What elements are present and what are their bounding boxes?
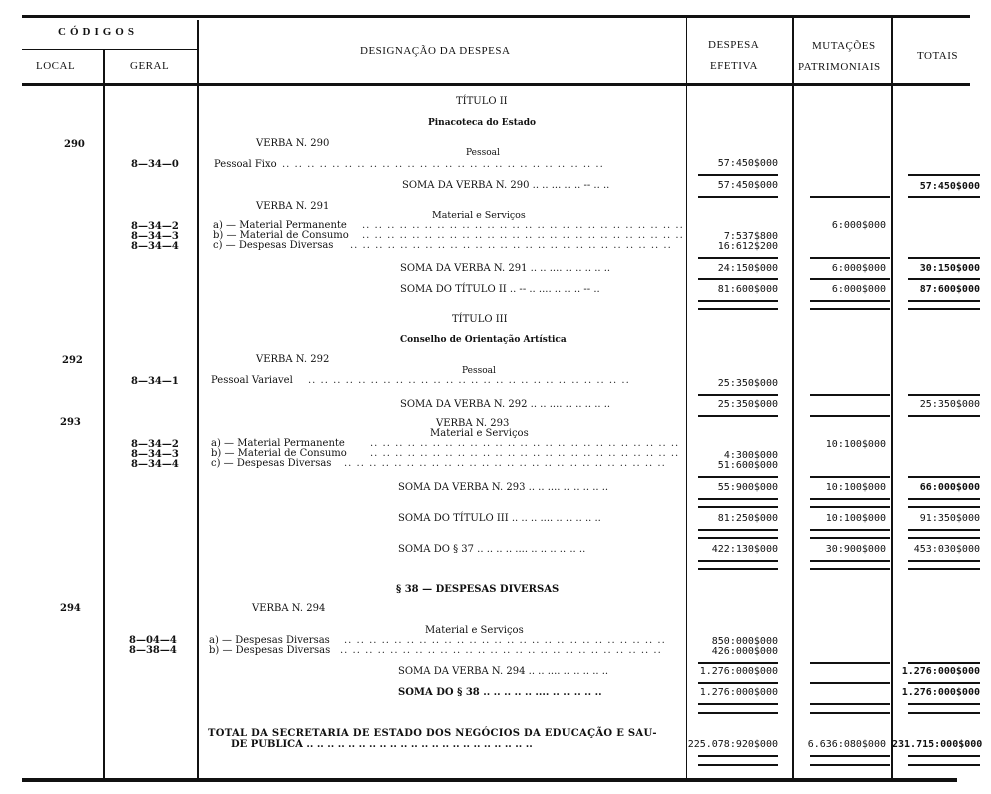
- total-mutacoes: 6.636:080$000: [796, 739, 886, 750]
- item-label: Pessoal Variavel: [211, 375, 293, 386]
- leader-dots: .. .. .. .. .. .. .. .. .. .. .. .. .. .…: [350, 240, 682, 251]
- verba-290-group: Pessoal: [466, 148, 500, 158]
- soma-verba-291-efetiva: 24:150$000: [690, 263, 778, 274]
- soma-titulo-3-mutacoes: 10:100$000: [796, 513, 886, 524]
- codigos-divider: [22, 49, 198, 50]
- soma-titulo-2-mutacoes: 6:000$000: [796, 284, 886, 295]
- header-designacao: DESIGNAÇÃO DA DESPESA: [360, 45, 510, 57]
- soma-verba-293-mutacoes: 10:100$000: [796, 482, 886, 493]
- soma-verba-294-efetiva: 1.276:000$000: [690, 666, 778, 677]
- efetiva-value: 51:600$000: [690, 460, 778, 471]
- efetiva-mutacoes-divider: [792, 18, 794, 778]
- efetiva-value: 16:612$200: [690, 241, 778, 252]
- soma-titulo-2-total: 87:600$000: [894, 284, 980, 295]
- titulo-3-subtitle: Conselho de Orientação Artística: [400, 335, 567, 345]
- efetiva-value: 426:000$000: [690, 646, 778, 657]
- total-label-line-1: TOTAL DA SECRETARIA DE ESTADO DOS NEGÓCI…: [208, 728, 657, 739]
- titulo-2-subtitle: Pinacoteca do Estado: [428, 118, 536, 128]
- soma-verba-290-efetiva: 57:450$000: [690, 180, 778, 191]
- local-code-294: 294: [60, 603, 81, 614]
- local-code-293: 293: [60, 417, 81, 428]
- item-label: Pessoal Fixo: [214, 159, 277, 170]
- soma-titulo-3-efetiva: 81:250$000: [690, 513, 778, 524]
- titulo-3-heading: TÍTULO III: [452, 314, 508, 325]
- soma-par38-label: SOMA DO § 38 .. .. .. .. .. .... .. .. .…: [398, 687, 602, 698]
- item-label: b) — Despesas Diversas: [209, 645, 330, 656]
- leader-dots: .. .. .. .. .. .. .. .. .. .. .. .. .. .…: [344, 458, 682, 469]
- soma-par37-efetiva: 422:130$000: [690, 544, 778, 555]
- local-code-290: 290: [64, 139, 85, 150]
- soma-titulo-3-total: 91:350$000: [894, 513, 980, 524]
- mutacoes-value: 10:100$000: [796, 439, 886, 450]
- soma-verba-290-total: 57:450$000: [894, 181, 980, 192]
- header-despesa-efetiva-2: EFETIVA: [710, 60, 758, 72]
- local-geral-divider: [103, 50, 105, 778]
- mutacoes-totais-divider: [891, 18, 893, 778]
- soma-verba-293-label: SOMA DA VERBA N. 293 .. .. .... .. .. ..…: [398, 482, 608, 493]
- efetiva-value: 25:350$000: [690, 378, 778, 389]
- item-label: c) — Despesas Diversas: [213, 240, 333, 251]
- soma-titulo-2-label: SOMA DO TÍTULO II .. -- .. .... .. .. ..…: [400, 284, 600, 295]
- verba-294-heading: VERBA N. 294: [252, 603, 325, 614]
- soma-verba-293-total: 66:000$000: [894, 482, 980, 493]
- header-geral: GERAL: [130, 60, 169, 72]
- geral-code: 8—34—4: [131, 241, 179, 252]
- verba-291-heading: VERBA N. 291: [256, 201, 329, 212]
- geral-code: 8—34—1: [131, 376, 179, 387]
- header-despesa-efetiva-1: DESPESA: [708, 39, 759, 51]
- header-local: LOCAL: [36, 60, 75, 72]
- mutacoes-value: 6:000$000: [796, 220, 886, 231]
- efetiva-value: 57:450$000: [690, 158, 778, 169]
- par38-heading: § 38 — DESPESAS DIVERSAS: [396, 584, 559, 595]
- geral-code: 8—34—0: [131, 159, 179, 170]
- soma-verba-292-efetiva: 25:350$000: [690, 399, 778, 410]
- verba-290-heading: VERBA N. 290: [256, 138, 329, 149]
- total-label-line-2: DE PÚBLICA .. .. .. .. .. .. .. .. .. ..…: [231, 739, 683, 750]
- leader-dots: .. .. .. .. .. .. .. .. .. .. .. .. .. .…: [282, 159, 682, 170]
- soma-titulo-2-efetiva: 81:600$000: [690, 284, 778, 295]
- header-bottom-border: [22, 83, 970, 86]
- leader-dots: .. .. .. .. .. .. .. .. .. .. .. .. .. .…: [340, 645, 682, 656]
- local-code-292: 292: [62, 355, 83, 366]
- designacao-efetiva-divider: [686, 18, 687, 778]
- soma-verba-291-mutacoes: 6:000$000: [796, 263, 886, 274]
- soma-par37-mutacoes: 30:900$000: [796, 544, 886, 555]
- soma-par37-total: 453:030$000: [894, 544, 980, 555]
- geral-code: 8—34—4: [131, 459, 179, 470]
- soma-par38-total: 1.276:000$000: [894, 687, 980, 698]
- soma-verba-294-label: SOMA DA VERBA N. 294 .. .. .... .. .. ..…: [398, 666, 608, 677]
- bottom-border: [22, 778, 957, 782]
- soma-verba-290-label: SOMA DA VERBA N. 290 .. .. ... .. .. -- …: [402, 180, 609, 191]
- leader-dots: .. .. .. .. .. .. .. .. .. .. .. .. .. .…: [308, 375, 682, 386]
- item-label: c) — Despesas Diversas: [211, 458, 331, 469]
- soma-verba-294-total: 1.276:000$000: [894, 666, 980, 677]
- header-codigos: CÓDIGOS: [58, 26, 138, 38]
- soma-verba-292-label: SOMA DA VERBA N. 292 .. .. .... .. .. ..…: [400, 399, 610, 410]
- soma-verba-292-total: 25:350$000: [894, 399, 980, 410]
- header-mutacoes-2: PATRIMONIAIS: [798, 61, 881, 73]
- header-totais: TOTAIS: [917, 50, 958, 62]
- titulo-2-heading: TÍTULO II: [456, 96, 508, 107]
- soma-verba-291-label: SOMA DA VERBA N. 291 .. .. .... .. .. ..…: [400, 263, 610, 274]
- soma-titulo-3-label: SOMA DO TÍTULO III .. .. .. .... .. .. .…: [398, 513, 601, 524]
- header-mutacoes-1: MUTAÇÕES: [812, 40, 876, 52]
- top-border: [22, 15, 970, 18]
- total-totais: 231.715:000$000: [892, 739, 982, 750]
- soma-par38-efetiva: 1.276:000$000: [690, 687, 778, 698]
- total-efetiva: 225.078:920$000: [686, 739, 778, 750]
- verba-292-heading: VERBA N. 292: [256, 354, 329, 365]
- geral-code: 8—38—4: [129, 645, 177, 656]
- soma-verba-291-total: 30:150$000: [894, 263, 980, 274]
- soma-verba-293-efetiva: 55:900$000: [690, 482, 778, 493]
- soma-par37-label: SOMA DO § 37 .. .. .. .. .... .. .. .. .…: [398, 544, 585, 555]
- codigos-designacao-divider: [197, 20, 199, 778]
